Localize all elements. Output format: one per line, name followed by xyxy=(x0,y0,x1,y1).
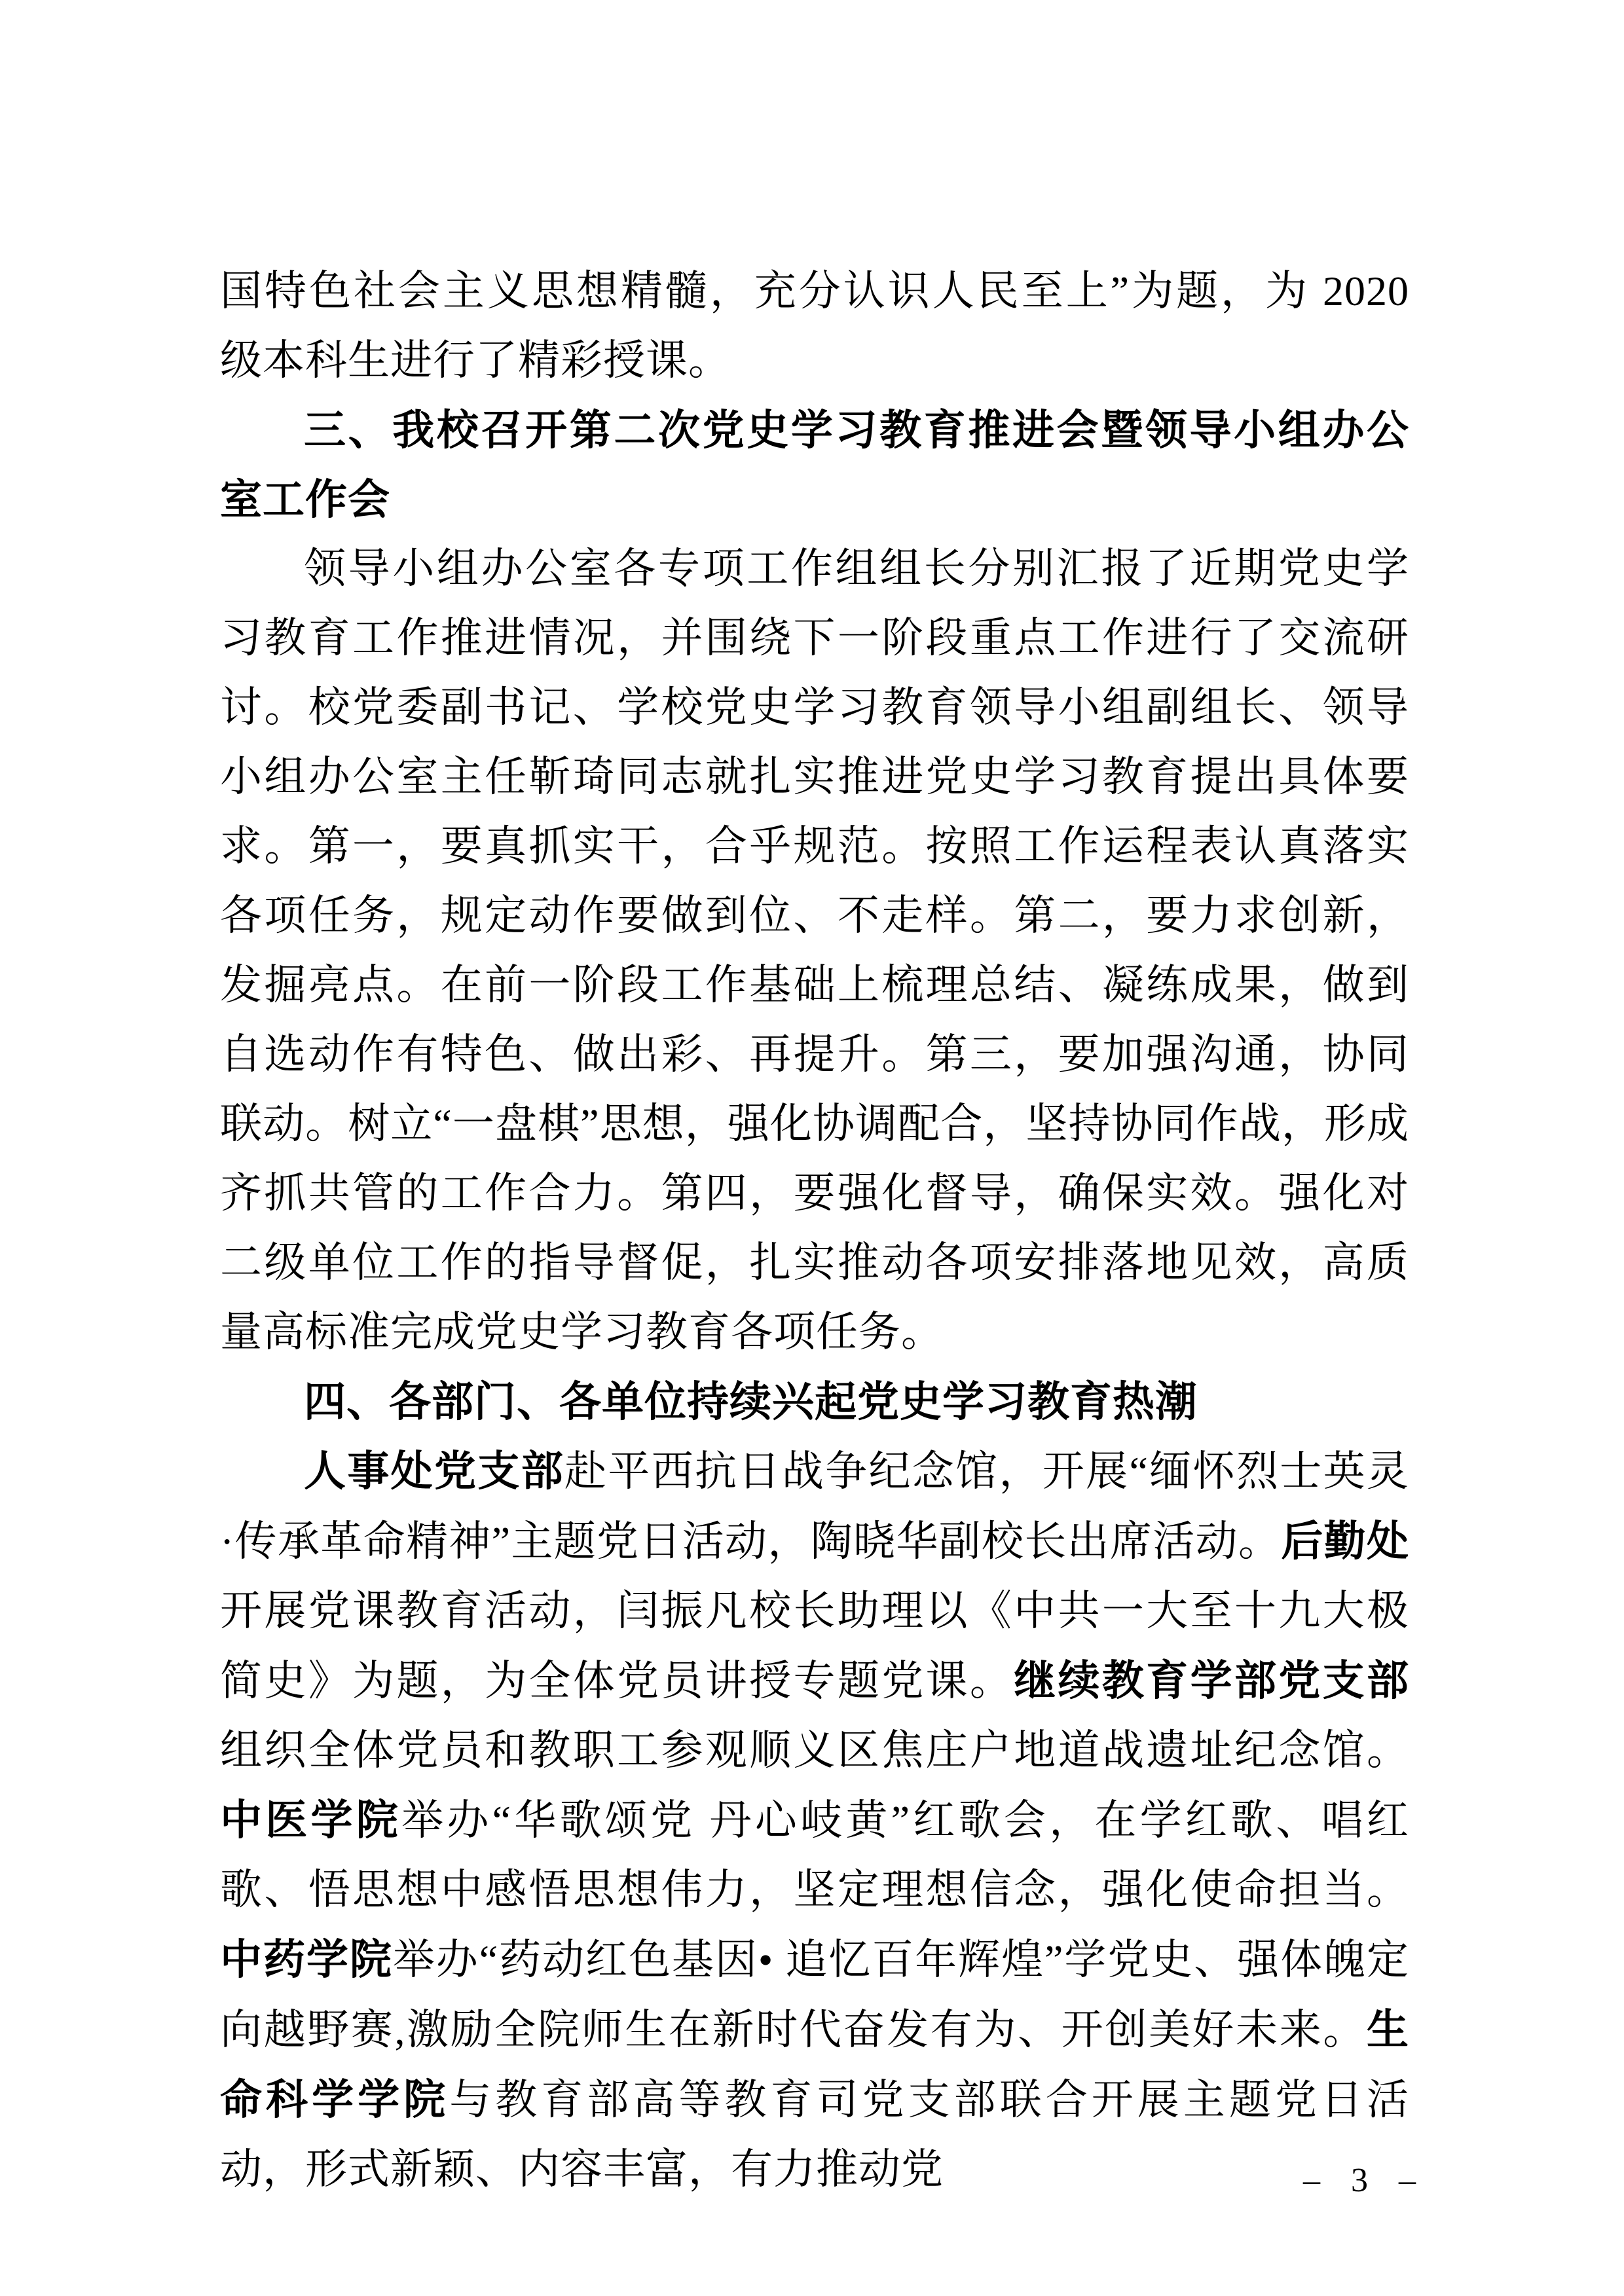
paragraph-continuation: 国特色社会主义思想精髓，充分认识人民至上”为题，为 2020 级本科生进行了精彩… xyxy=(220,257,1409,395)
dept-name-pharmacy-school: 中药学院 xyxy=(220,1936,393,1983)
dept-name-personnel-office: 人事处党支部 xyxy=(304,1448,564,1495)
section-heading-four: 四、各部门、各单位持续兴起党史学习教育热潮 xyxy=(220,1367,1409,1436)
dept-name-logistics: 后勤处 xyxy=(1281,1518,1409,1565)
document-page: 国特色社会主义思想精髓，充分认识人民至上”为题，为 2020 级本科生进行了精彩… xyxy=(0,0,1624,2296)
page-number: – 3 – xyxy=(1303,2162,1420,2199)
dept-name-tcm-school: 中医学院 xyxy=(220,1796,401,1844)
run-text-pharmacy-school: 举办“药动红色基因• 追忆百年辉煌”学党史、强体魄定向越野赛,激励全院师生在新时… xyxy=(220,1937,1409,2053)
section-heading-three: 三、我校召开第二次党史学习教育推进会暨领导小组办公室工作会 xyxy=(220,395,1409,534)
paragraph-departments: 人事处党支部赴平西抗日战争纪念馆，开展“缅怀烈士英灵 ·传承革命精神”主题党日活… xyxy=(220,1436,1409,2204)
paragraph-meeting-report: 领导小组办公室各专项工作组组长分别汇报了近期党史学习教育工作推进情况，并围绕下一… xyxy=(220,534,1409,1367)
run-text-continuing-education: 组织全体党员和教职工参观顺义区焦庄户地道战遗址纪念馆。 xyxy=(220,1727,1409,1774)
document-body: 国特色社会主义思想精髓，充分认识人民至上”为题，为 2020 级本科生进行了精彩… xyxy=(220,257,1409,2204)
dept-name-continuing-education: 继续教育学部党支部 xyxy=(1014,1657,1409,1704)
